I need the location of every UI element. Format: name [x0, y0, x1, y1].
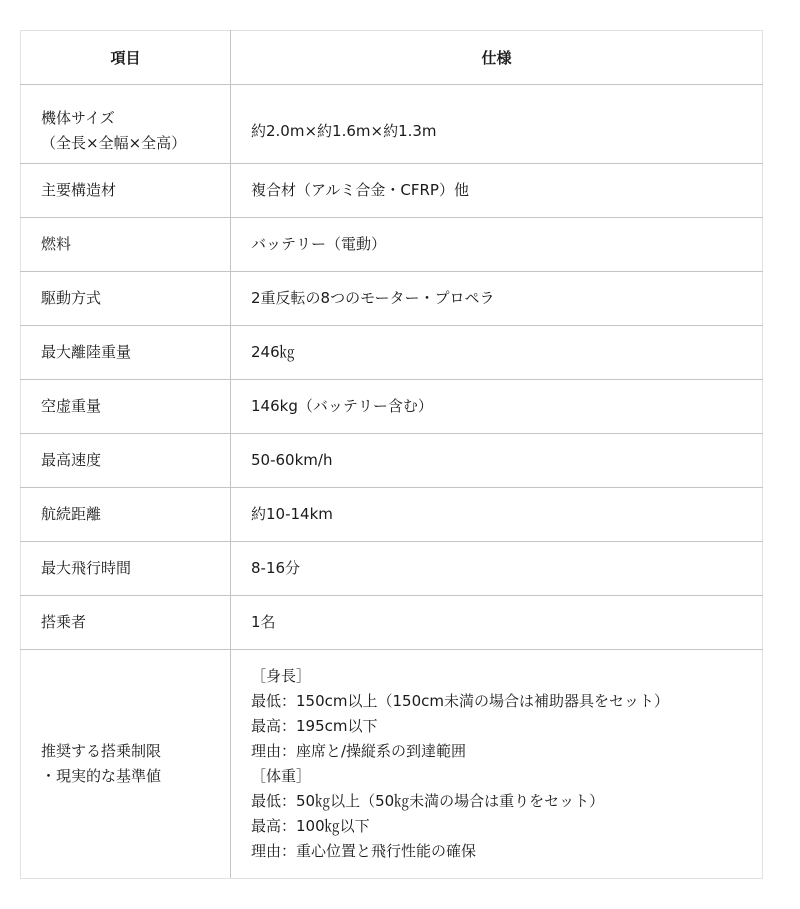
spec-line: 最高：100㎏以下	[251, 814, 742, 839]
spec-cell: 246㎏	[231, 326, 763, 380]
item-cell: 最大飛行時間	[21, 542, 231, 596]
table-row: 機体サイズ （全長×全幅×全高） 約2.0m×約1.6m×約1.3m	[21, 85, 763, 164]
header-spec: 仕様	[231, 31, 763, 85]
item-cell: 推奨する搭乗制限 ・現実的な基準値	[21, 650, 231, 879]
item-cell: 搭乗者	[21, 596, 231, 650]
table-row: 最大離陸重量 246㎏	[21, 326, 763, 380]
item-label-sub: （全長×全幅×全高）	[41, 131, 210, 156]
table-row: 空虚重量 146kg（バッテリー含む）	[21, 380, 763, 434]
item-cell: 最高速度	[21, 434, 231, 488]
item-cell: 駆動方式	[21, 272, 231, 326]
spec-cell: 8-16分	[231, 542, 763, 596]
item-cell: 燃料	[21, 218, 231, 272]
spec-line: 最高：195cm以下	[251, 714, 742, 739]
header-item: 項目	[21, 31, 231, 85]
spec-line: 理由：座席と/操縦系の到達範囲	[251, 739, 742, 764]
item-cell: 最大離陸重量	[21, 326, 231, 380]
table-row: 燃料 バッテリー（電動）	[21, 218, 763, 272]
table-row: 推奨する搭乗制限 ・現実的な基準値 ［身長］ 最低：150cm以上（150cm未…	[21, 650, 763, 879]
spec-cell: 50-60km/h	[231, 434, 763, 488]
spec-cell: ［身長］ 最低：150cm以上（150cm未満の場合は補助器具をセット） 最高：…	[231, 650, 763, 879]
spec-table: 項目 仕様 機体サイズ （全長×全幅×全高） 約2.0m×約1.6m×約1.3m…	[20, 30, 763, 879]
spec-line: 最低：150cm以上（150cm未満の場合は補助器具をセット）	[251, 689, 742, 714]
table-row: 搭乗者 1名	[21, 596, 763, 650]
spec-heading-weight: ［体重］	[251, 764, 742, 789]
spec-cell: 1名	[231, 596, 763, 650]
spec-cell: 約2.0m×約1.6m×約1.3m	[231, 85, 763, 164]
table-row: 最高速度 50-60km/h	[21, 434, 763, 488]
spec-cell: バッテリー（電動）	[231, 218, 763, 272]
item-cell: 航続距離	[21, 488, 231, 542]
spec-line: 最低：50㎏以上（50㎏未満の場合は重りをセット）	[251, 789, 742, 814]
spec-heading-height: ［身長］	[251, 664, 742, 689]
item-cell: 機体サイズ （全長×全幅×全高）	[21, 85, 231, 164]
spec-line: 理由：重心位置と飛行性能の確保	[251, 839, 742, 864]
item-label: 推奨する搭乗制限	[41, 739, 210, 764]
table-header-row: 項目 仕様	[21, 31, 763, 85]
spec-cell: 複合材（アルミ合金・CFRP）他	[231, 164, 763, 218]
table-row: 駆動方式 2重反転の8つのモーター・プロペラ	[21, 272, 763, 326]
spec-value: 約2.0m×約1.6m×約1.3m	[251, 119, 742, 144]
item-label: 機体サイズ	[41, 106, 210, 131]
item-cell: 主要構造材	[21, 164, 231, 218]
item-label-sub: ・現実的な基準値	[41, 764, 210, 789]
spec-cell: 146kg（バッテリー含む）	[231, 380, 763, 434]
spec-cell: 2重反転の8つのモーター・プロペラ	[231, 272, 763, 326]
table-row: 最大飛行時間 8-16分	[21, 542, 763, 596]
table-row: 主要構造材 複合材（アルミ合金・CFRP）他	[21, 164, 763, 218]
item-cell: 空虚重量	[21, 380, 231, 434]
table-row: 航続距離 約10-14km	[21, 488, 763, 542]
spec-cell: 約10-14km	[231, 488, 763, 542]
